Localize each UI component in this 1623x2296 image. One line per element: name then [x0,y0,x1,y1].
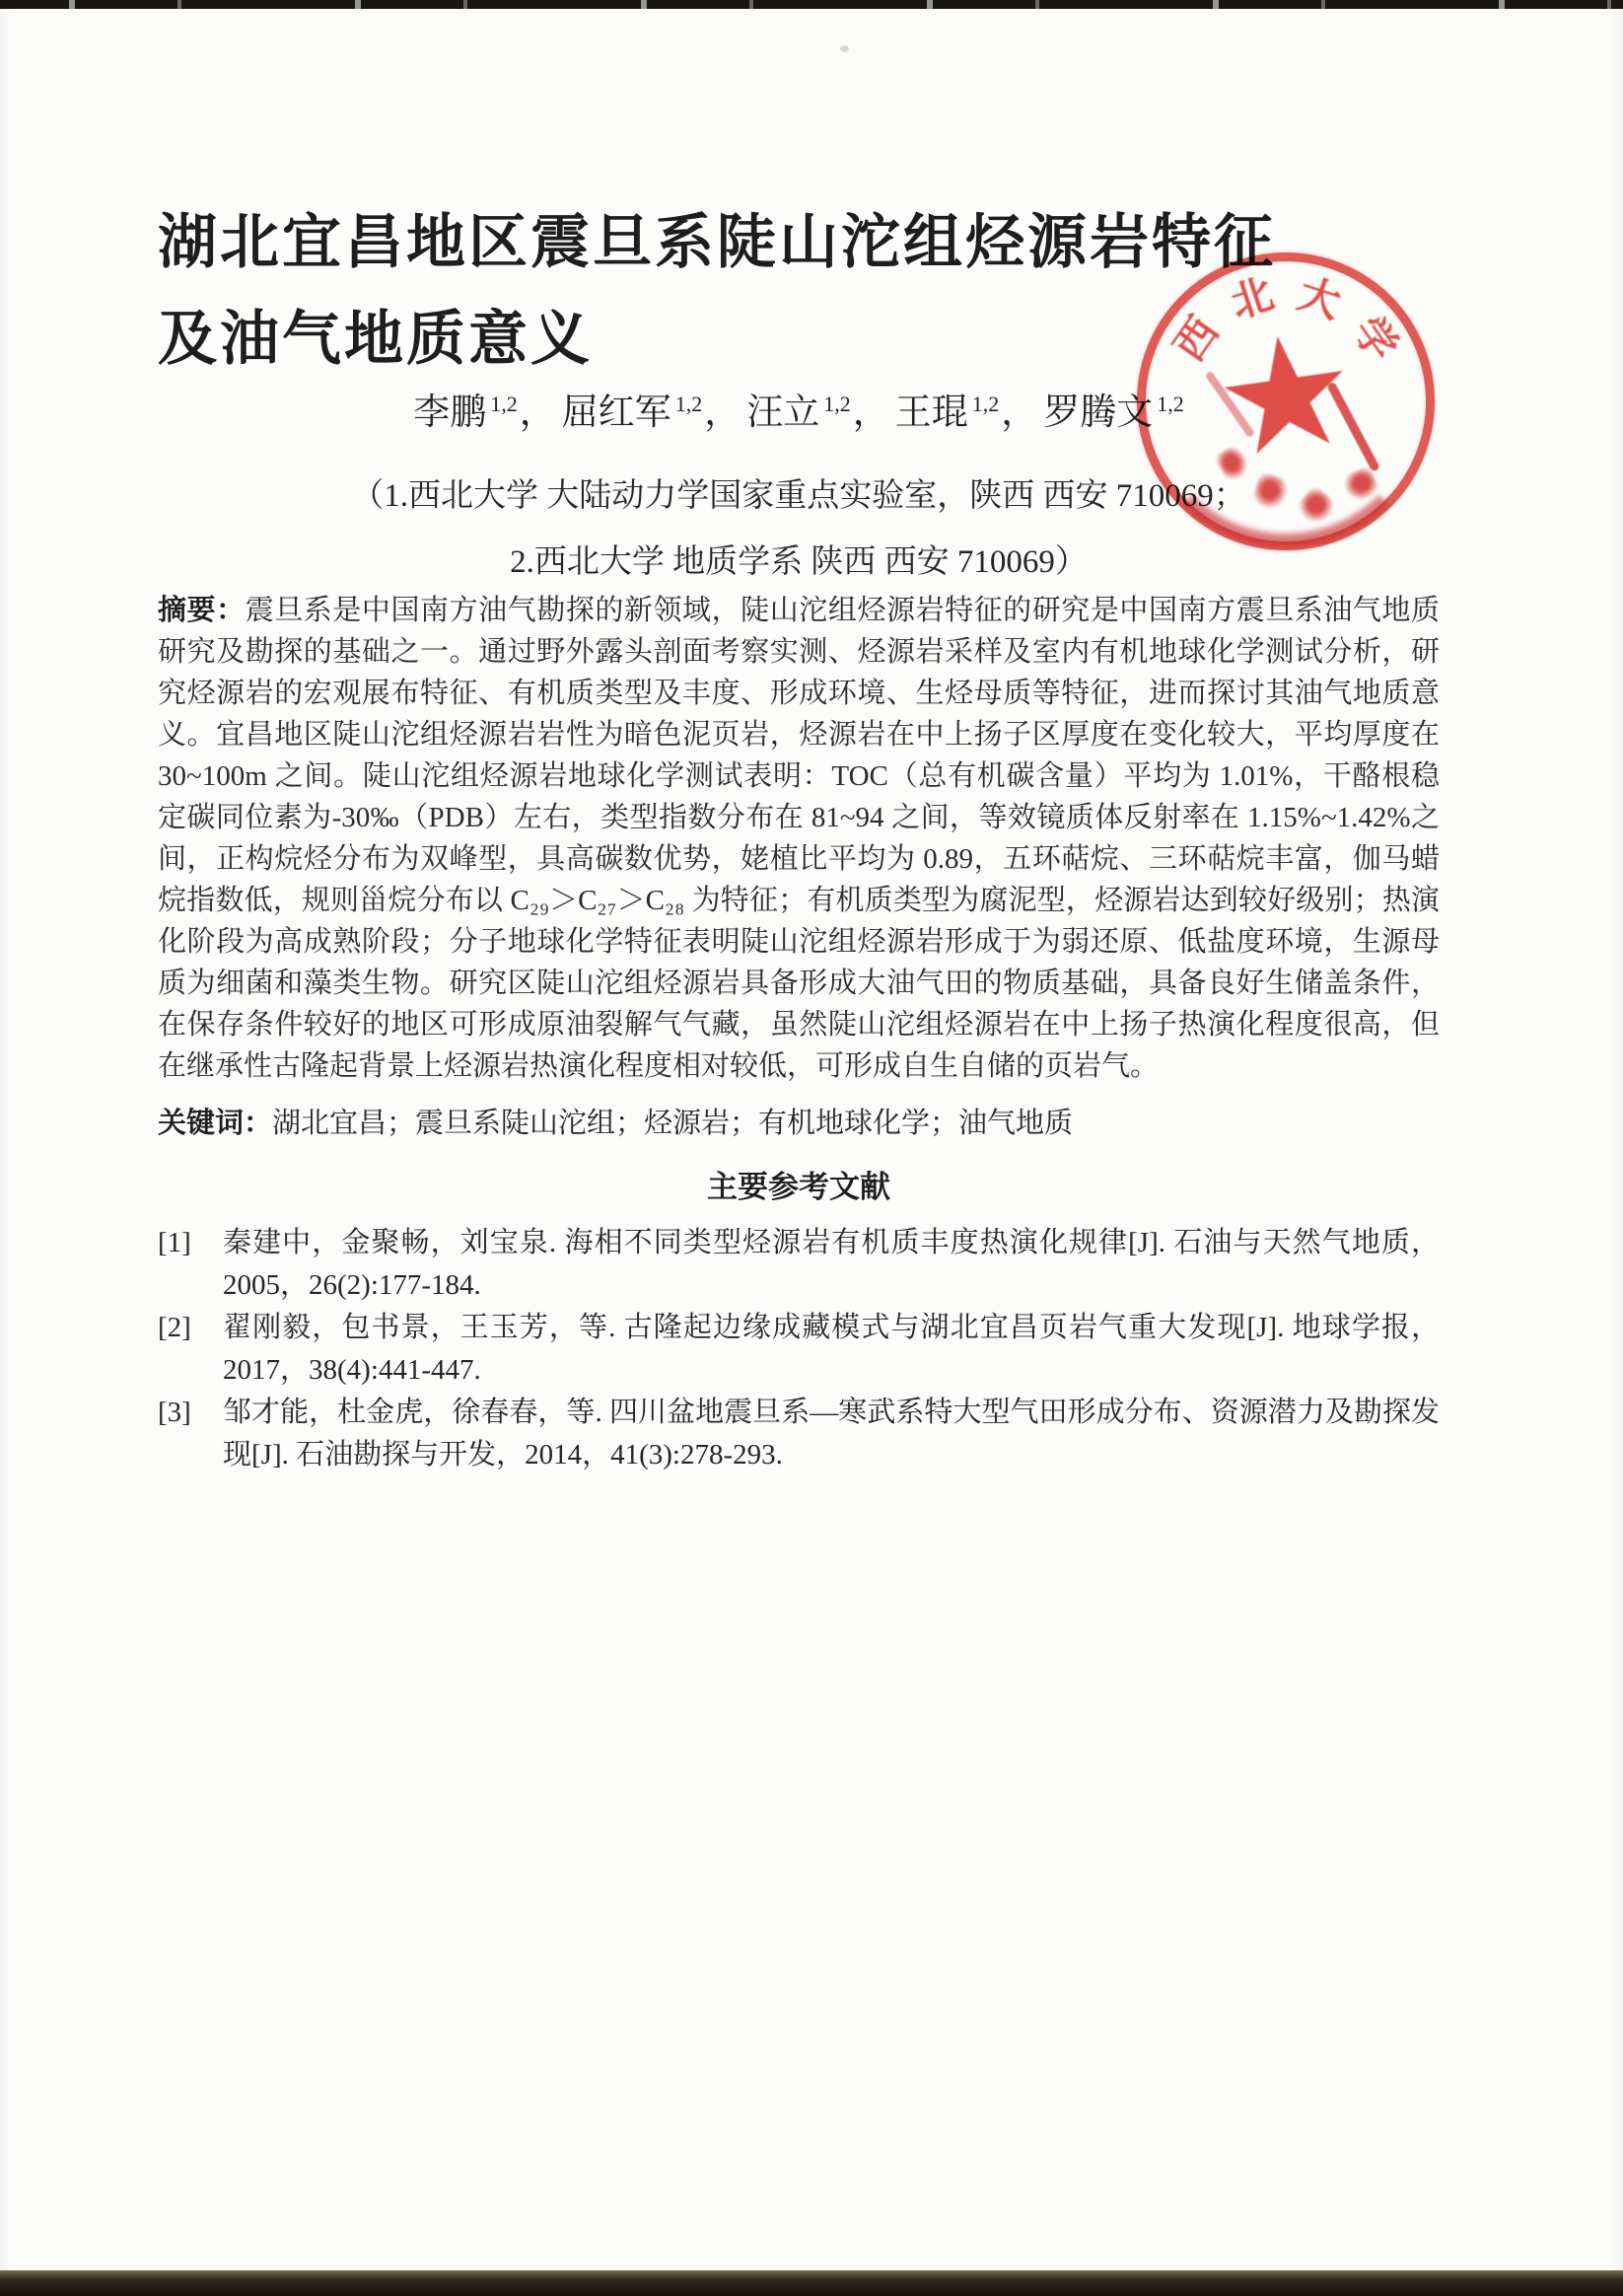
references-heading: 主要参考文献 [158,1166,1440,1209]
keywords-text: 湖北宜昌；震旦系陡山沱组；烃源岩；有机地球化学；油气地质 [272,1108,1073,1139]
paper-title-line-1: 湖北宜昌地区震旦系陡山沱组烃源岩特征 [158,194,1440,291]
author-name: 屈红军1,2， [562,393,747,433]
abstract-label: 摘要： [158,593,246,626]
reference-text: 翟刚毅，包书景，王玉芳，等. 古隆起边缘成藏模式与湖北宜昌页岩气重大发现[J].… [223,1312,1440,1386]
author-name: 王琨1,2， [895,393,1044,433]
author-name: 汪立1,2， [746,393,895,433]
author-affiliation-superscript: 1,2 [675,392,703,416]
reference-text: 秦建中，金聚畅，刘宝泉. 海相不同类型烃源岩有机质丰度热演化规律[J]. 石油与… [223,1227,1440,1301]
affiliation-line-2: 2.西北大学 地质学系 陕西 西安 710069） [158,539,1440,585]
author-affiliation-superscript: 1,2 [490,392,518,416]
scan-artifact-bottom [0,2270,1623,2296]
author-name-text: 罗腾文 [1043,393,1153,433]
author-affiliation-superscript: 1,2 [972,392,1000,416]
author-affiliation-superscript: 1,2 [1157,392,1184,416]
reference-item: [1] 秦建中，金聚畅，刘宝泉. 海相不同类型烃源岩有机质丰度热演化规律[J].… [158,1222,1440,1307]
author-name-text: 王琨 [895,393,968,433]
author-separator: ， [853,393,889,433]
author-name: 李鹏1,2， [413,393,562,433]
reference-text: 邹才能，杜金虎，徐春春，等. 四川盆地震旦系—寒武系特大型气田形成分布、资源潜力… [223,1397,1440,1471]
author-name-text: 汪立 [746,393,819,433]
reference-number: [3] [158,1392,191,1434]
author-separator: ， [520,393,556,433]
reference-item: [2] 翟刚毅，包书景，王玉芳，等. 古隆起边缘成藏模式与湖北宜昌页岩气重大发现… [158,1307,1440,1392]
abstract-paragraph: 摘要：震旦系是中国南方油气勘探的新领域，陡山沱组烃源岩特征的研究是中国南方震旦系… [158,589,1440,1087]
keywords-label: 关键词： [158,1106,272,1139]
affiliation-block: （1.西北大学 大陆动力学国家重点实验室，陕西 西安 710069； 2.西北大… [158,473,1440,585]
reference-list: [1] 秦建中，金聚畅，刘宝泉. 海相不同类型烃源岩有机质丰度热演化规律[J].… [158,1222,1440,1476]
reference-number: [1] [158,1222,191,1264]
author-separator: ， [704,393,741,433]
author-affiliation-superscript: 1,2 [823,392,851,416]
reference-number: [2] [158,1307,191,1349]
author-separator: ， [1001,393,1037,433]
paper-content: 湖北宜昌地区震旦系陡山沱组烃源岩特征 及油气地质意义 李鹏1,2，屈红军1,2，… [0,0,1623,1476]
author-name-text: 屈红军 [562,393,671,433]
affiliation-line-1: （1.西北大学 大陆动力学国家重点实验室，陕西 西安 710069； [158,473,1440,519]
paper-title-line-2: 及油气地质意义 [158,291,1440,388]
author-name-text: 李鹏 [413,393,486,433]
author-list: 李鹏1,2，屈红军1,2，汪立1,2，王琨1,2，罗腾文1,2 [158,388,1440,439]
abstract-text: 震旦系是中国南方油气勘探的新领域，陡山沱组烃源岩特征的研究是中国南方震旦系油气地… [158,595,1440,1082]
paper-title: 湖北宜昌地区震旦系陡山沱组烃源岩特征 及油气地质意义 [158,194,1440,388]
reference-item: [3] 邹才能，杜金虎，徐春春，等. 四川盆地震旦系—寒武系特大型气田形成分布、… [158,1392,1440,1476]
document-page: 湖北宜昌地区震旦系陡山沱组烃源岩特征 及油气地质意义 李鹏1,2，屈红军1,2，… [0,0,1623,2296]
keywords-line: 关键词：湖北宜昌；震旦系陡山沱组；烃源岩；有机地球化学；油气地质 [158,1102,1440,1144]
author-name: 罗腾文1,2 [1043,393,1184,433]
